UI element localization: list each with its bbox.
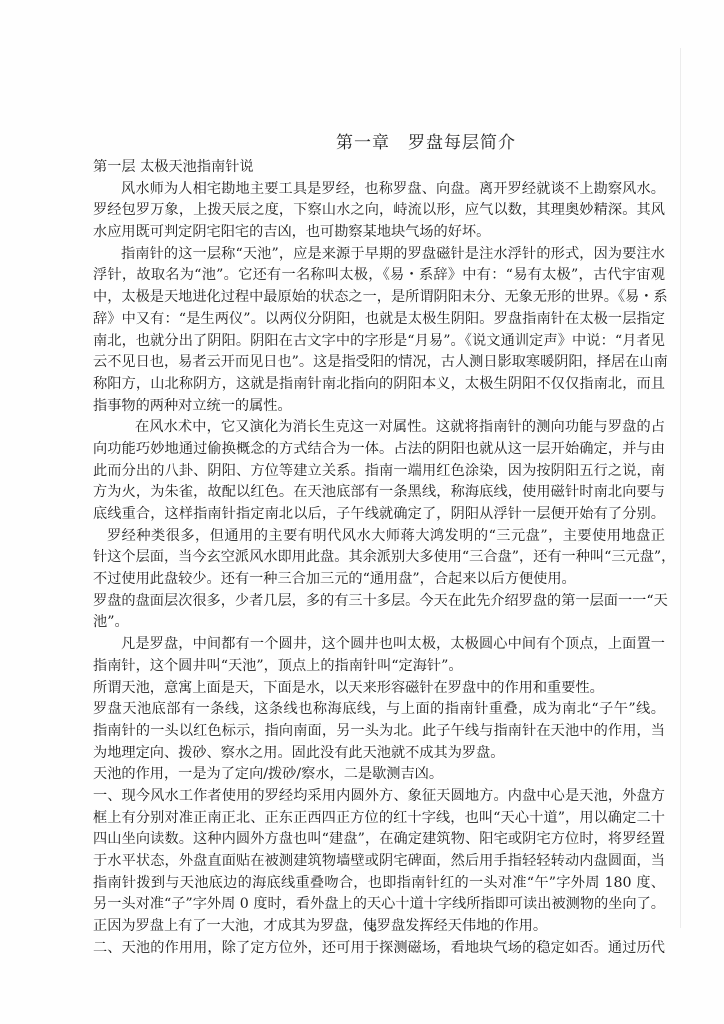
text-line: 方为火，为朱雀，故配以红色。在天池底部有一条黑线，称海底线，使用磁针时南北向要与 (93, 482, 665, 504)
text-line: 风水师为人相宅勘地主要工具是罗经，也称罗盘、向盘。离开罗经就谈不上勘察风水。 (93, 179, 665, 201)
text-line: 为地理定向、拨砂、察水之用。固此没有此天池就不成其为罗盘。 (93, 743, 665, 765)
text-line: 指南针，这个圆井叫“天池”，顶点上的指南针叫“定海针”。 (93, 656, 665, 678)
text-line: 四山坐向读数。这种内圆外方盘也叫“建盘”，在确定建筑物、阳宅或阴宅方位时，将罗经… (93, 829, 665, 851)
text-line: 罗经种类很多，但通用的主要有明代风水大师蒋大鸿发明的“三元盘”，主要使用地盘正 (93, 526, 665, 548)
chapter-title: 第一章 罗盘每层简介 (336, 128, 516, 153)
text-line: 指南针的一头以红色标示，指向南面，另一头为北。此子午线与指南针在天池中的作用，当 (93, 721, 665, 743)
text-line: 在风水术中，它又演化为消长生克这一对属性。这就将指南针的测向功能与罗盘的占 (93, 417, 665, 439)
text-line: 针这个层面，当今玄空派风水即用此盘。其余派别大多使用“三合盘”，还有一种叫“三元… (93, 547, 665, 569)
text-line: 正因为罗盘上有了一大池，才成其为罗盘，使罗盘发挥经天伟地的作用。 (93, 916, 665, 938)
text-line: 南北，也就分出了阴阳。阴阳在古文字中的字形是“月易”。《说文通训定声》中说：“月… (93, 331, 665, 353)
page-number: 6 (370, 922, 377, 935)
text-line: 称阳方，山北称阴方，这就是指南针南北指向的阴阳本义，太极生阴阳不仅仅指南北，而且 (93, 374, 665, 396)
text-line: 指南针的这一层称“天池”，应是来源于早期的罗盘磁针是注水浮针的形式，因为要注水 (93, 244, 665, 266)
text-line: 指事物的两种对立统一的属性。 (93, 396, 665, 418)
text-line: 二、天池的作用用，除了定方位外，还可用于探测磁场，看地块气场的稳定如否。通过历代 (93, 938, 665, 960)
text-line: 水应用既可判定阴宅阳宅的吉凶，也可勘察某地块气场的好坏。 (93, 222, 665, 244)
text-line: 罗经包罗万象，上拨天辰之度，下察山水之向，峙流以形，应气以数，其理奥妙精深。其风 (93, 200, 665, 222)
text-line: 浮针，故取名为“池”。它还有一名称叫太极，《易・系辞》中有：“易有太极”，古代宇… (93, 265, 665, 287)
text-line: 罗盘的盘面层次很多，少者几层，多的有三十多层。今天在此先介绍罗盘的第一层面一一“… (93, 591, 665, 613)
text-line: 框上有分别对准正南正北、正东正西四正方位的红十字线，也叫“天心十道”，用以确定二… (93, 808, 665, 830)
text-line: 指南针拨到与天池底边的海底线重叠吻合，也即指南针红的一头对准“午”字外周 180… (93, 873, 665, 895)
text-line: 此而分出的八卦、阴阳、方位等建立关系。指南一端用红色涂染，因为按阴阳五行之说，南 (93, 461, 665, 483)
text-line: 凡是罗盘，中间都有一个圆井，这个圆井也叫太极，太极圆心中间有个顶点，上面置一 (93, 634, 665, 656)
text-line: 池”。 (93, 612, 665, 634)
text-line: 云不见日也，易者云开而见日也”。这是指受阳的情况，古人测日影取寒暖阴阳，择居在山… (93, 352, 665, 374)
document-page: 第一章 罗盘每层简介 第一层 太极天池指南针说风水师为人相宅勘地主要工具是罗经，… (0, 0, 724, 1024)
section-heading: 第一层 太极天池指南针说 (93, 157, 665, 179)
text-line: 不过使用此盘较少。还有一种三合加三元的“通用盘”，合起来以后方便使用。 (93, 569, 665, 591)
text-line: 天池的作用，一是为了定向/拨砂/察水，二是歇测吉凶。 (93, 764, 665, 786)
text-line: 底线重合，这样指南针指定南北以后，子午线就确定了，阴阳从浮针一层便开始有了分别。 (93, 504, 665, 526)
text-line: 另一头对准“子”字外周 0 度时，看外盘上的天心十道十字线所指即可读出被测物的坐… (93, 894, 665, 916)
body-text: 第一层 太极天池指南针说风水师为人相宅勘地主要工具是罗经，也称罗盘、向盘。离开罗… (93, 157, 665, 959)
text-line: 辞》中又有：“是生两仪”。以两仪分阴阳，也就是太极生阴阳。罗盘指南针在太极一层指… (93, 309, 665, 331)
text-line: 向功能巧妙地通过偷换概念的方式结合为一体。占法的阴阳也就从这一层开始确定，并与由 (93, 439, 665, 461)
text-line: 于水平状态，外盘直面贴在被测建筑物墙壁或阴宅碑面，然后用手指轻轻转动内盘圆面，当 (93, 851, 665, 873)
text-line: 所谓天池，意寓上面是天，下面是水，以天来形容磁针在罗盘中的作用和重要性。 (93, 678, 665, 700)
text-line: 中，太极是天地进化过程中最原始的状态之一，是所谓阴阳未分、无象无形的世界。《易・… (93, 287, 665, 309)
page-edge-divider (680, 48, 681, 928)
text-line: 一、现今风水工作者使用的罗经均采用内圆外方、象征天圆地方。内盘中心是天池，外盘方 (93, 786, 665, 808)
text-line: 罗盘天池底部有一条线，这条线也称海底线，与上面的指南针重叠，成为南北“子午”线。 (93, 699, 665, 721)
